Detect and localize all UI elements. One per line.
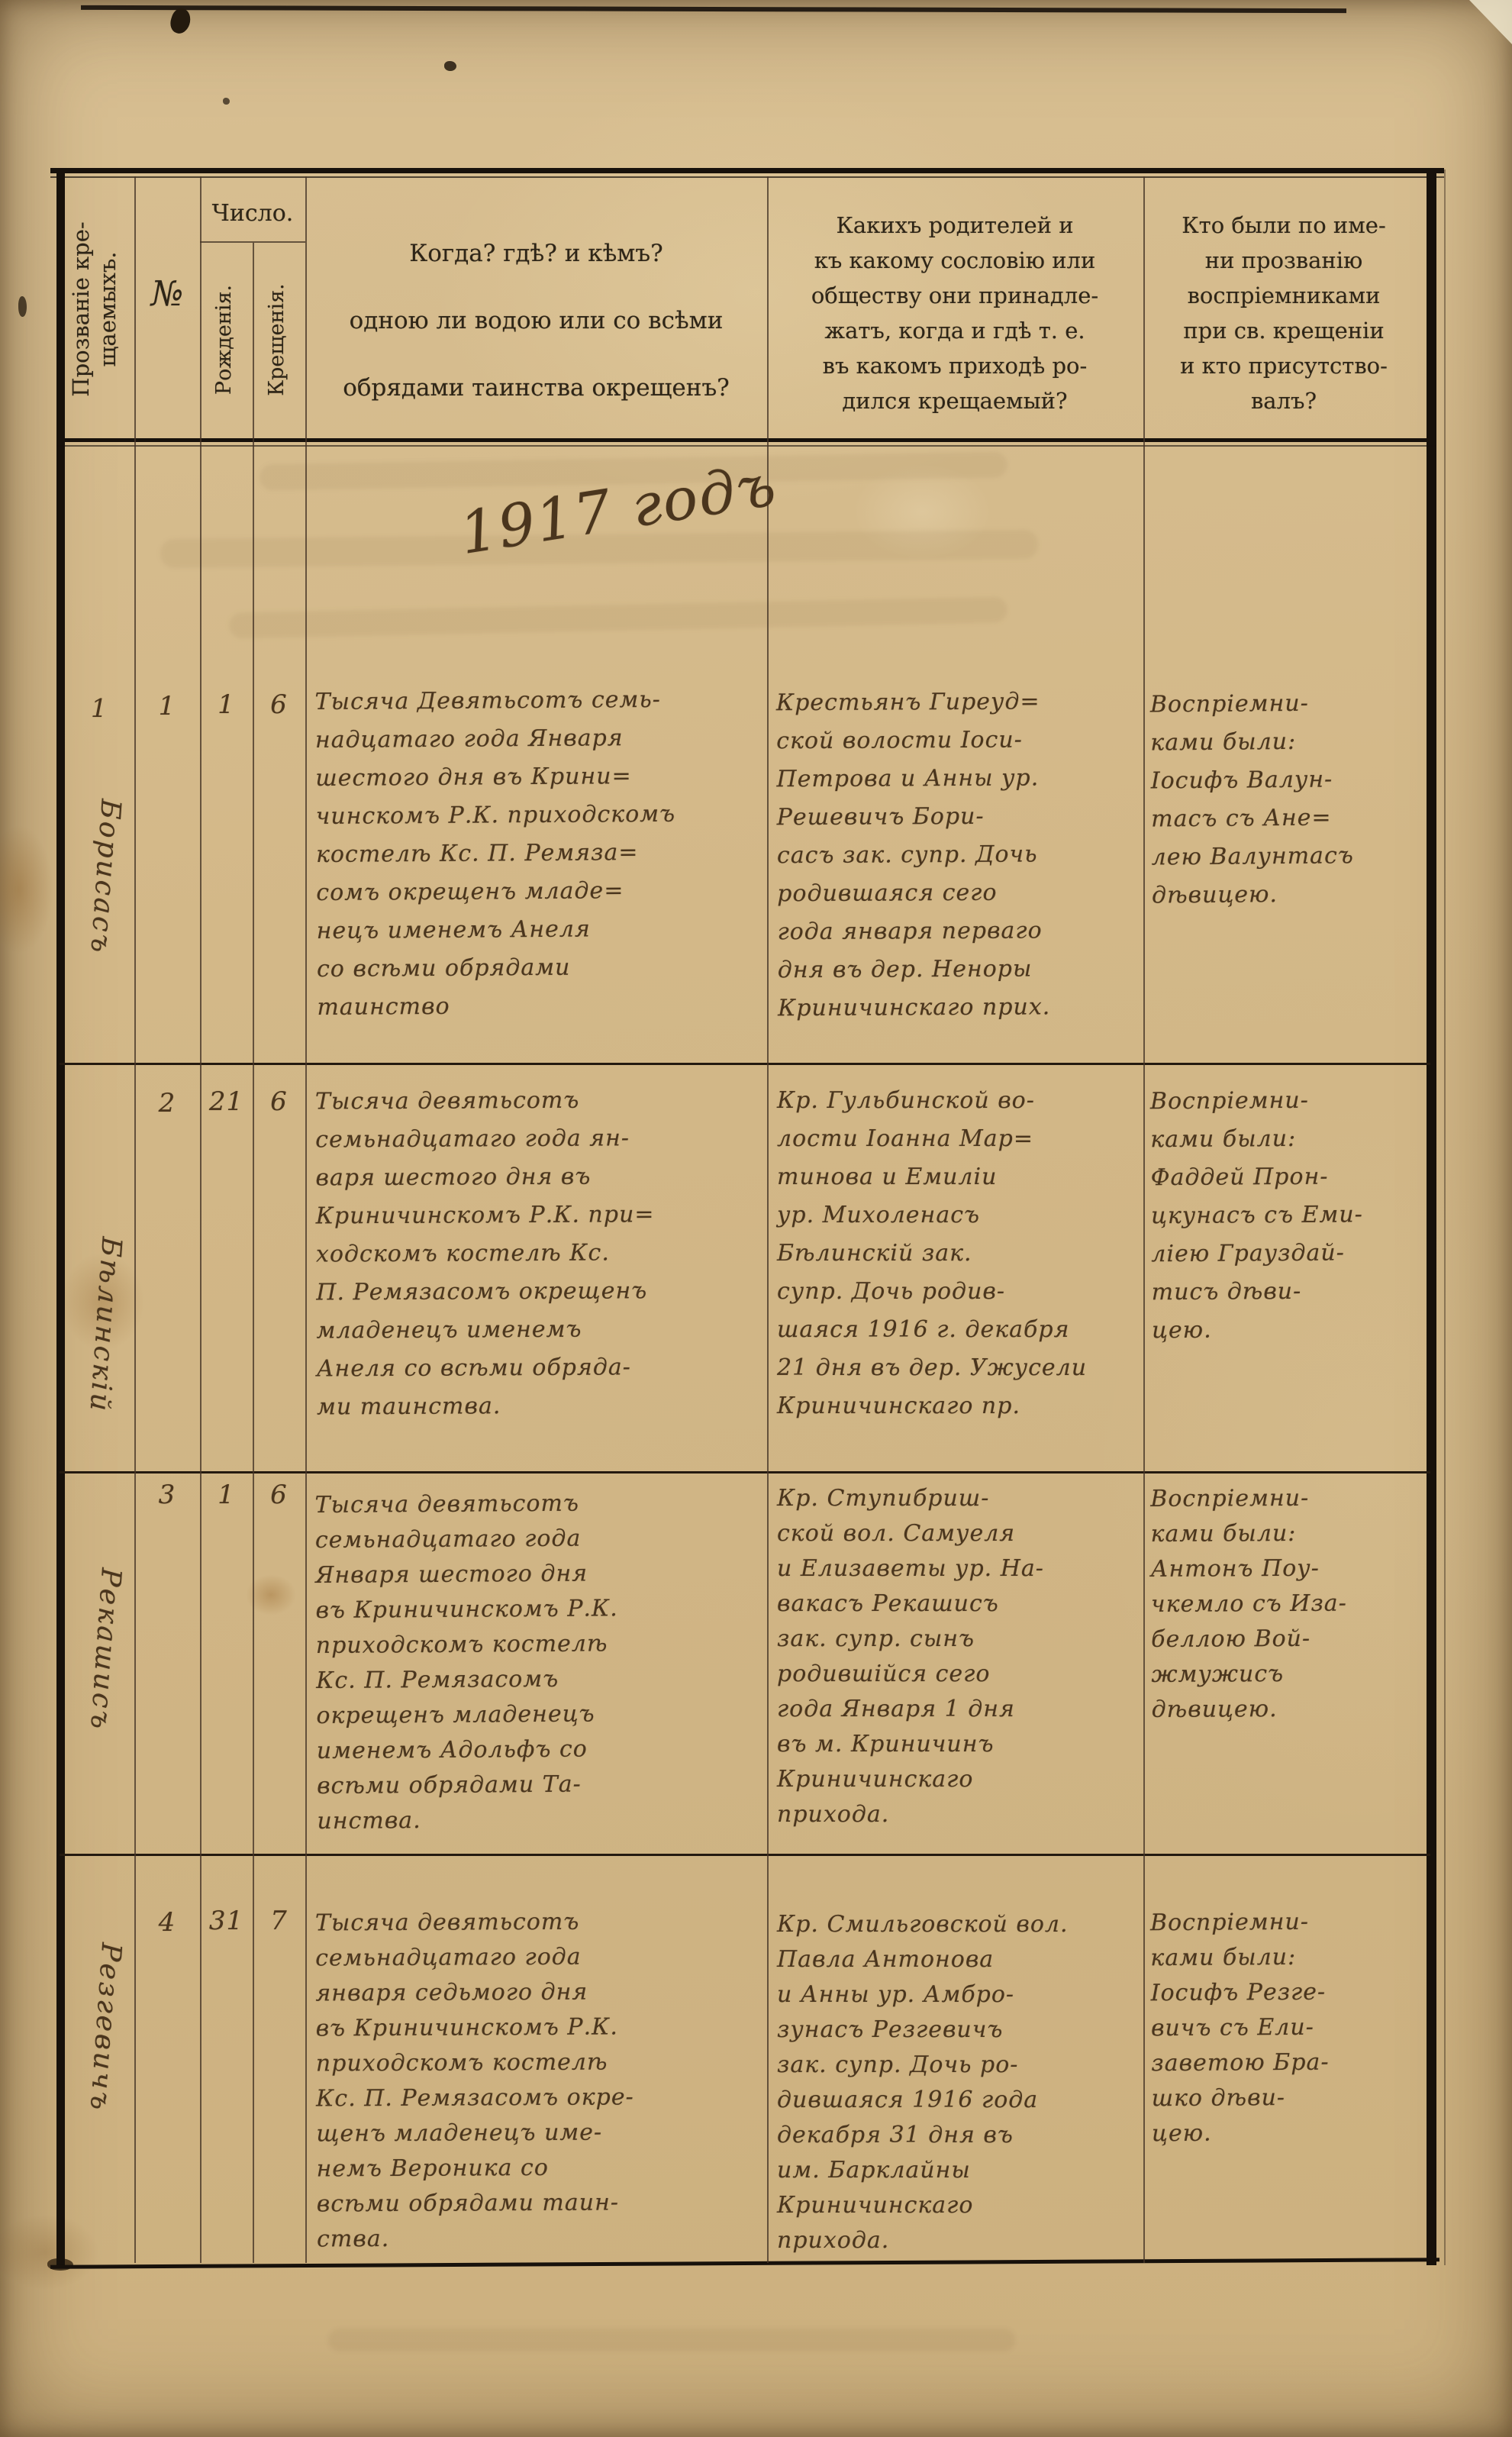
header-bottom-rule <box>56 438 1436 442</box>
birth-day: 1 <box>200 1480 253 1510</box>
column-header-birth: Рожденія. <box>212 244 241 435</box>
top-edge-rule <box>81 5 1346 13</box>
baptism-day: 6 <box>253 1086 305 1117</box>
parents-cell: Кр. Смильговской вол. Павла Антонова и А… <box>777 1907 1139 2258</box>
paper-stain <box>0 2214 99 2290</box>
row-surname: Бѣлинскій <box>79 1164 132 1486</box>
table-border-right-inner <box>1444 169 1446 2265</box>
metrical-book-page: Прозваніе кре- щаемыхъ. № Число. Рождені… <box>0 0 1512 2437</box>
column-header-no: № <box>134 273 200 314</box>
baptism-day: 7 <box>253 1906 305 1936</box>
row-surname: Рекашисъ <box>79 1489 132 1811</box>
when-where-cell: Тысяча девятьсотъ семьнадцатаго года янв… <box>315 1903 759 2257</box>
ink-blob <box>223 98 230 105</box>
date-group-underline <box>200 241 305 243</box>
row-surname: Борисасъ <box>79 716 132 1038</box>
column-header-date-group: Число. <box>197 200 308 227</box>
year-heading: 1917 годъ <box>447 449 790 569</box>
row-number: 4 <box>134 1907 200 1938</box>
row-number: 3 <box>134 1480 200 1510</box>
parents-cell: Кр. Гульбинской во- лости Іоанна Мар= ти… <box>777 1082 1139 1425</box>
column-rule-birth-baptism <box>253 243 254 2263</box>
column-rule-no <box>200 176 201 2263</box>
paper-corner-sliver <box>1459 0 1512 44</box>
row-number: 2 <box>134 1088 200 1118</box>
birth-day: 31 <box>200 1906 253 1936</box>
godparents-cell: Воспріемни- ками были: Іосифъ Резге- вич… <box>1150 1904 1422 2151</box>
table-border-left <box>56 168 65 2265</box>
paper-stain <box>0 825 53 954</box>
column-header-surname: Прозваніе кре- щаемыхъ. <box>68 178 124 441</box>
column-rule-dates-end <box>305 176 307 2263</box>
when-where-cell: Тысяча Девятьсотъ семь- надцатаго года Я… <box>314 680 759 1027</box>
godparents-cell: Воспріемни- ками были: Антонъ Поу- чкемл… <box>1150 1480 1422 1728</box>
bleedthrough-smudge <box>328 2329 1015 2351</box>
birth-day: 21 <box>200 1086 253 1117</box>
baptism-day: 6 <box>253 1480 305 1510</box>
ink-blob <box>18 296 27 317</box>
column-header-parents: Какихъ родителей и къ какому сословію ил… <box>773 208 1136 418</box>
birth-day: 1 <box>200 689 253 720</box>
column-header-baptism: Крещенія. <box>265 244 294 435</box>
row-separator <box>60 1471 1430 1473</box>
ink-blob <box>168 6 194 36</box>
table-border-right <box>1427 168 1436 2265</box>
row-separator <box>60 1063 1430 1065</box>
column-rule-parents-end <box>1143 176 1145 2263</box>
table-border-top-inner <box>50 176 1444 178</box>
ink-blob <box>444 61 456 71</box>
header-bottom-rule-inner <box>56 445 1436 447</box>
table-border-bottom <box>50 2258 1439 2269</box>
when-where-cell: Тысяча девятьсотъ семьнадцатаго года Янв… <box>314 1485 759 1839</box>
row-number: 1 <box>134 691 200 721</box>
bleedthrough-smudge <box>229 596 1007 638</box>
row-separator <box>60 1854 1430 1856</box>
baptism-day: 6 <box>253 689 305 720</box>
parents-cell: Кр. Ступибриш- ской вол. Самуеля и Елиза… <box>777 1481 1139 1832</box>
row-surname: Резгевичъ <box>79 1867 132 2189</box>
godparents-cell: Воспріемни- ками были: Фаддей Прон- цкун… <box>1150 1081 1422 1350</box>
when-where-cell: Тысяча девятьсотъ семьнадцатаго года ян-… <box>315 1080 759 1426</box>
parents-cell: Крестьянъ Гиреуд= ской волости Іоси- Пет… <box>776 683 1140 1028</box>
godparents-cell: Воспріемни- ками были: Іосифъ Валун- тас… <box>1150 683 1423 915</box>
column-header-when: Когда? гдѣ? и кѣмъ? одною ли водою или с… <box>313 220 759 421</box>
column-rule-surname <box>134 176 136 2263</box>
table-border-top <box>50 168 1444 173</box>
column-header-godparents: Кто были по име- ни прозванію воспріемни… <box>1149 208 1418 418</box>
